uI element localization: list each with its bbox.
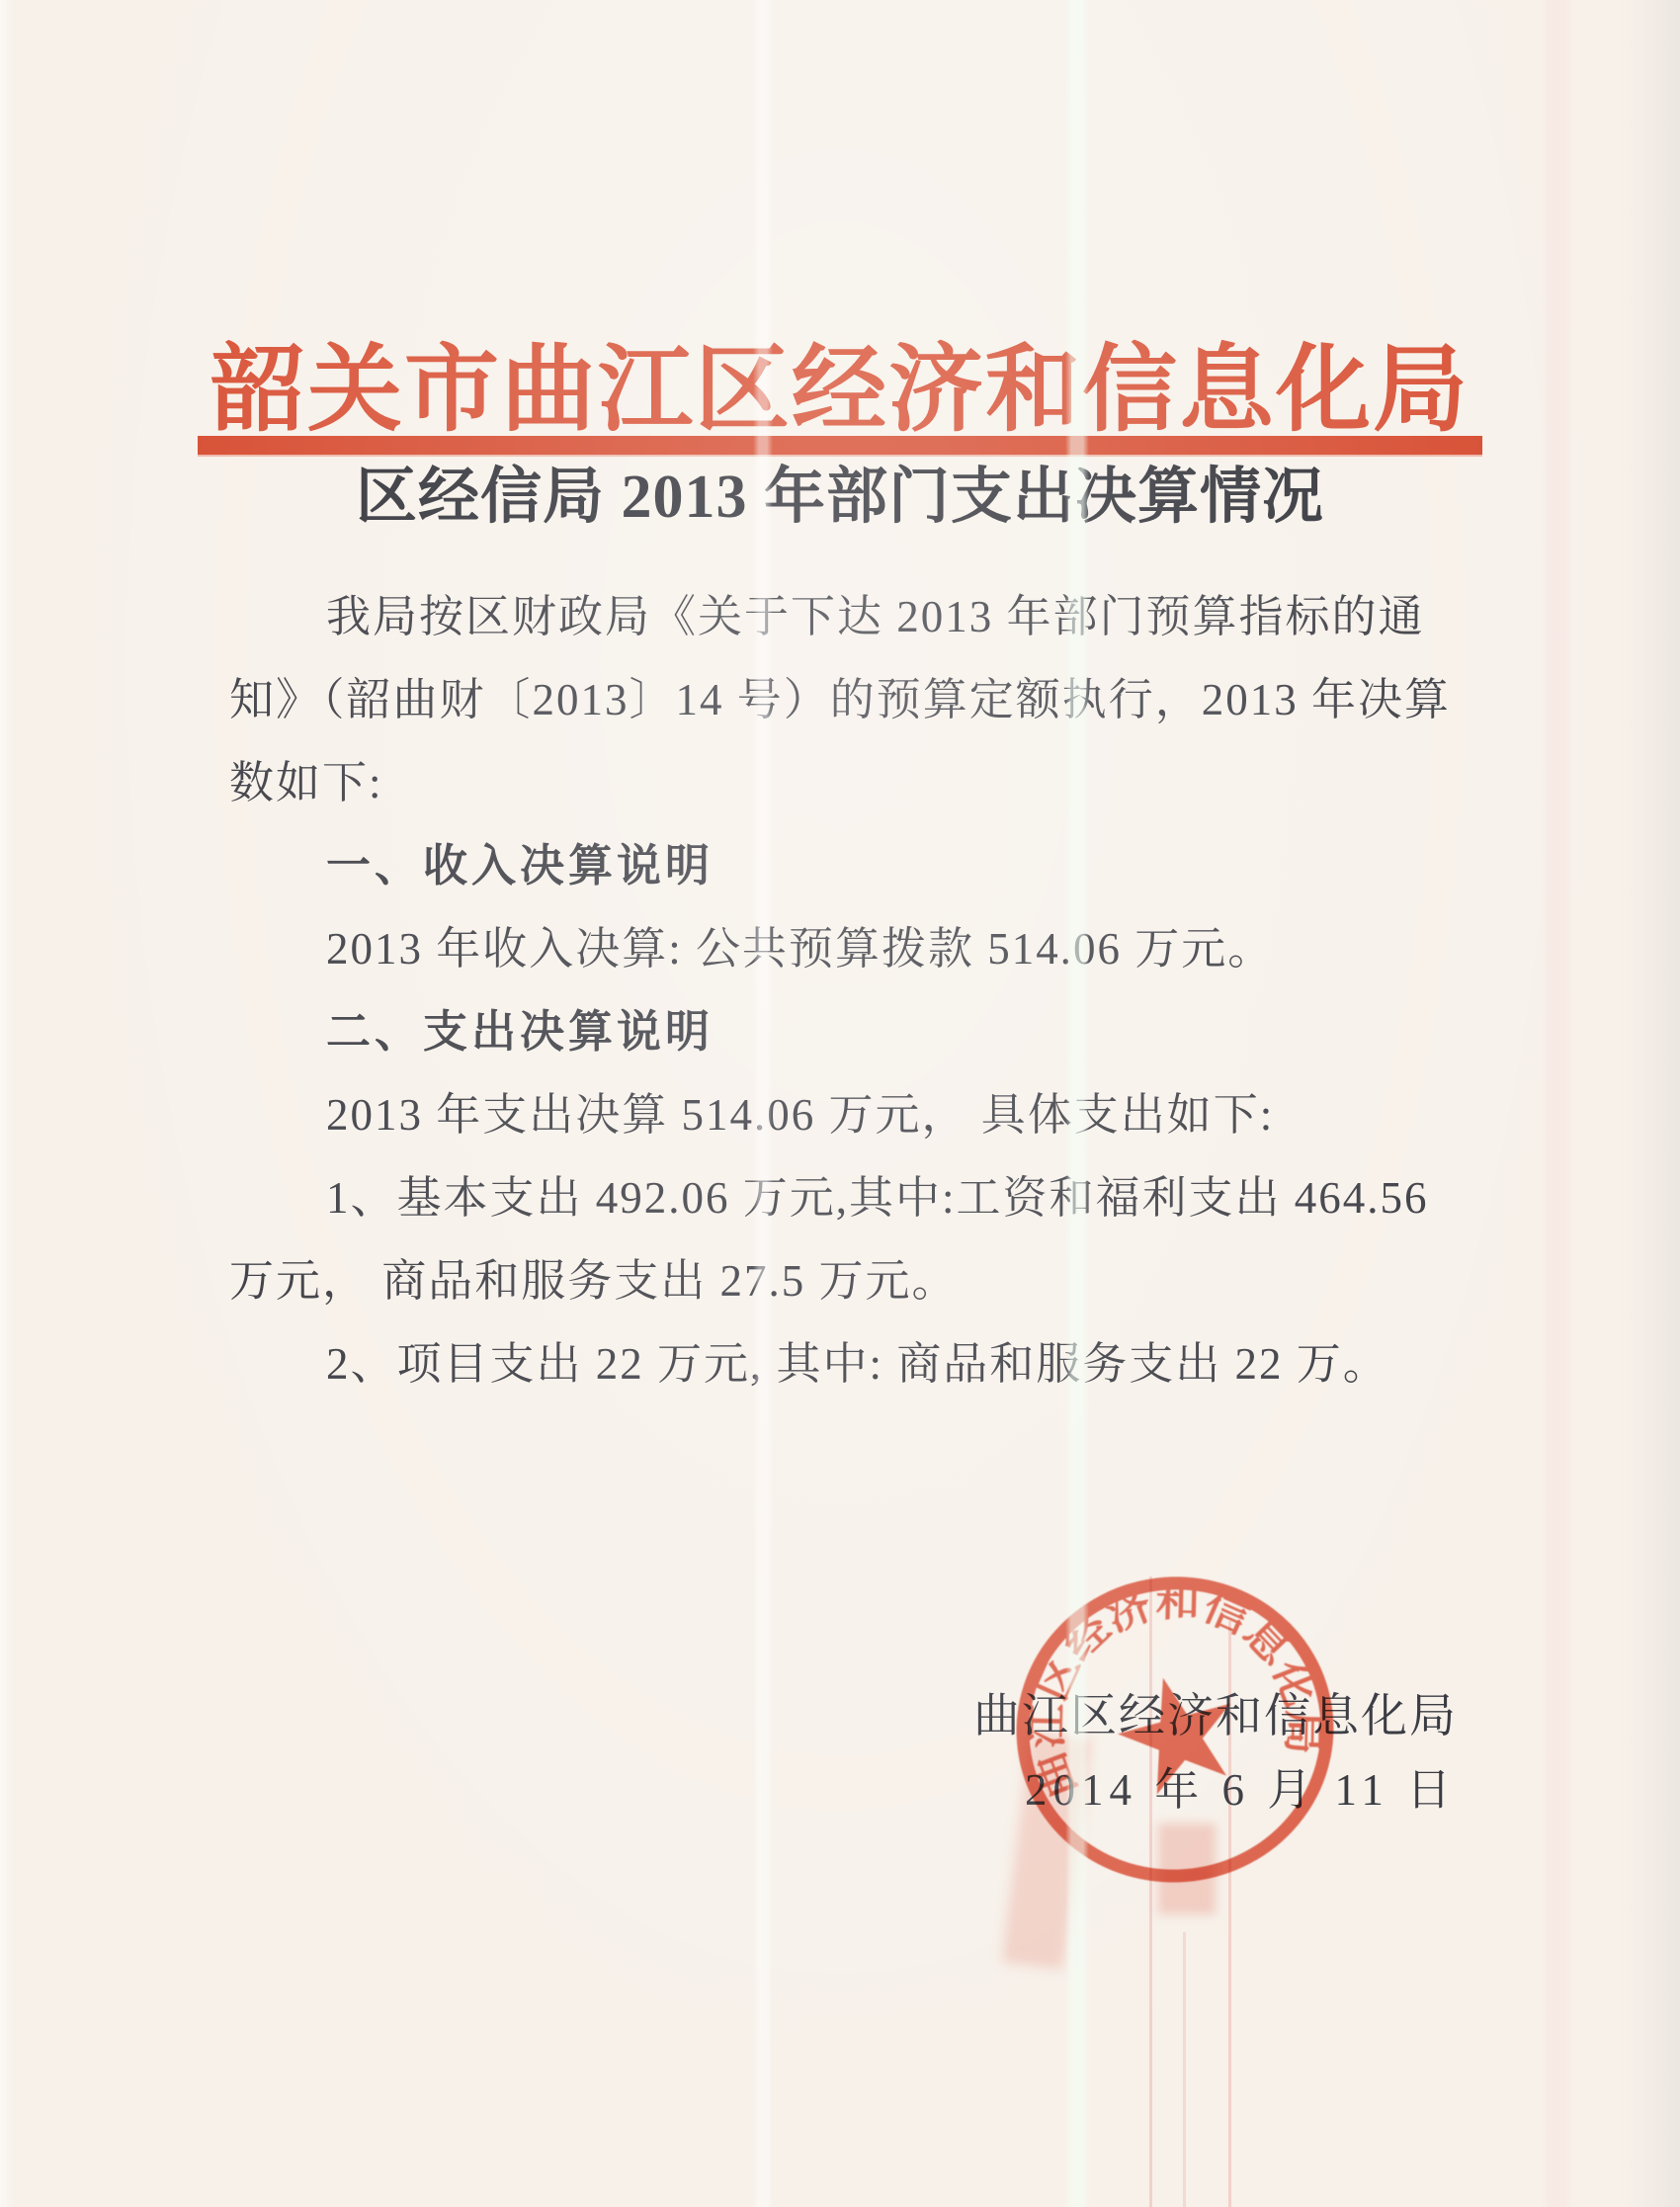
- body-line: 知》（韶曲财〔2013〕14 号）的预算定额执行，2013 年决算: [229, 658, 1440, 741]
- letterhead-agency-title: 韶关市曲江区经济和信息化局: [0, 314, 1680, 450]
- section-heading-income: 一、收入决算说明: [229, 824, 1440, 907]
- body-line: 万元， 商品和服务支出 27.5 万元。: [229, 1239, 1440, 1322]
- body-line: 我局按区财政局《关于下达 2013 年部门预算指标的通: [229, 575, 1440, 658]
- document-title: 区经信局 2013 年部门支出决算情况: [0, 447, 1680, 535]
- scanned-document-page: { "page": { "background": "#f7f1ea", "in…: [0, 0, 1680, 2207]
- scanner-streak: [1183, 1932, 1186, 2207]
- official-seal-stamp: 曲江区经济和信息化局: [991, 1551, 1360, 1910]
- red-star-icon: [1107, 1662, 1248, 1800]
- body-line: 数如下:: [229, 741, 1440, 824]
- document-body: 我局按区财政局《关于下达 2013 年部门预算指标的通 知》（韶曲财〔2013〕…: [229, 575, 1440, 1405]
- body-line: 2013 年支出决算 514.06 万元， 具体支出如下:: [229, 1073, 1440, 1156]
- body-line: 2013 年收入决算: 公共预算拨款 514.06 万元。: [229, 907, 1440, 990]
- body-line: 1、基本支出 492.06 万元,其中:工资和福利支出 464.56: [229, 1156, 1440, 1239]
- section-heading-expenditure: 二、支出决算说明: [229, 990, 1440, 1073]
- body-line: 2、项目支出 22 万元, 其中: 商品和服务支出 22 万。: [229, 1322, 1440, 1405]
